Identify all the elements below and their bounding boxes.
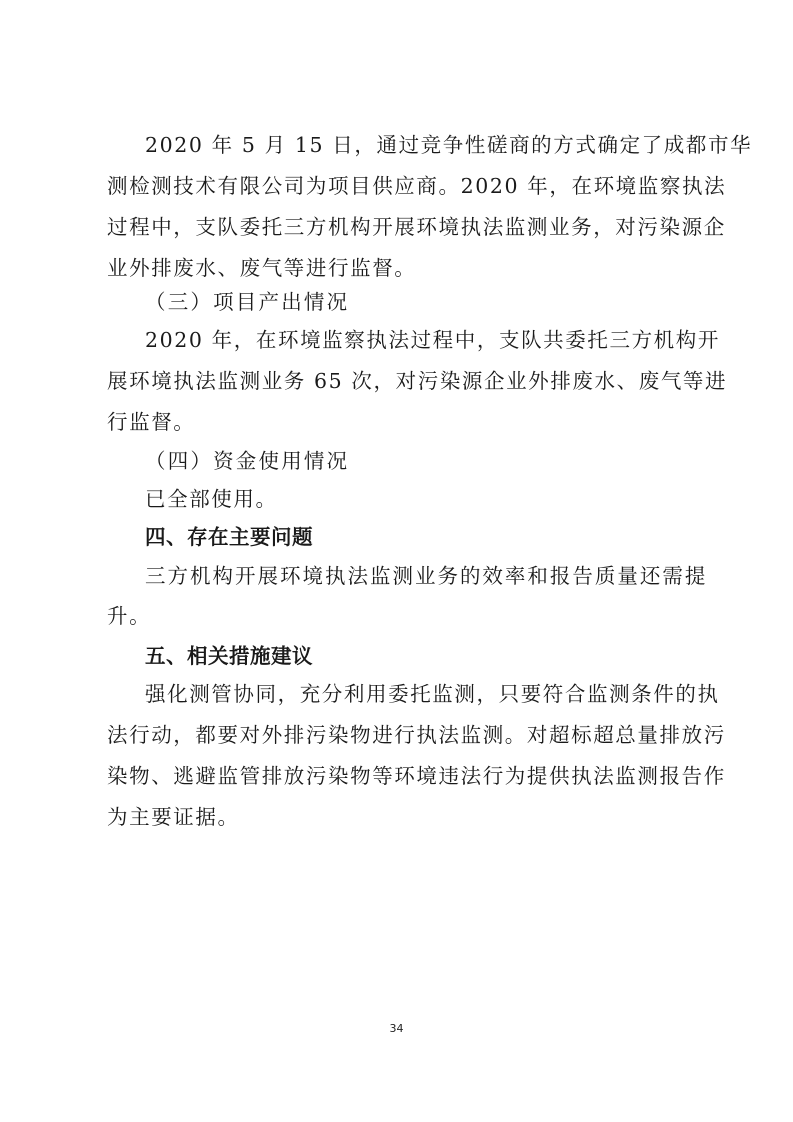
paragraph-1-line-3: 过程中，支队委托三方机构开展环境执法监测业务，对污染源企 <box>107 212 707 242</box>
paragraph-4-line-2: 升。 <box>107 601 707 631</box>
paragraph-2-line-3: 行监督。 <box>107 407 707 437</box>
paragraph-2-line-1: 2020 年，在环境监察执法过程中，支队共委托三方机构开 <box>145 325 707 355</box>
paragraph-5-line-2: 法行动，都要对外排污染物进行执法监测。对超标超总量排放污 <box>107 720 707 750</box>
paragraph-1-line-1: 2020 年 5 月 15 日，通过竞争性磋商的方式确定了成都市华 <box>145 130 707 160</box>
paragraph-5-line-4: 为主要证据。 <box>107 802 707 832</box>
paragraph-5-line-1: 强化测管协同，充分利用委托监测，只要符合监测条件的执 <box>145 679 707 709</box>
paragraph-1-line-4: 业外排废水、废气等进行监督。 <box>107 253 707 283</box>
paragraph-2-line-2: 展环境执法监测业务 65 次，对污染源企业外排废水、废气等进 <box>107 366 707 396</box>
paragraph-4-line-1: 三方机构开展环境执法监测业务的效率和报告质量还需提 <box>145 561 707 591</box>
paragraph-5-line-3: 染物、逃避监管排放污染物等环境违法行为提供执法监测报告作 <box>107 761 707 791</box>
paragraph-1-line-2: 测检测技术有限公司为项目供应商。2020 年，在环境监察执法 <box>107 171 707 201</box>
paragraph-3-line-1: 已全部使用。 <box>145 484 745 514</box>
subheading-fund-usage: （四）资金使用情况 <box>145 446 745 476</box>
heading-recommendations: 五、相关措施建议 <box>145 641 745 671</box>
subheading-project-output: （三）项目产出情况 <box>145 287 745 317</box>
document-page: 2020 年 5 月 15 日，通过竞争性磋商的方式确定了成都市华 测检测技术有… <box>0 0 793 1122</box>
page-number: 34 <box>0 1022 793 1035</box>
heading-main-problems: 四、存在主要问题 <box>145 522 745 552</box>
